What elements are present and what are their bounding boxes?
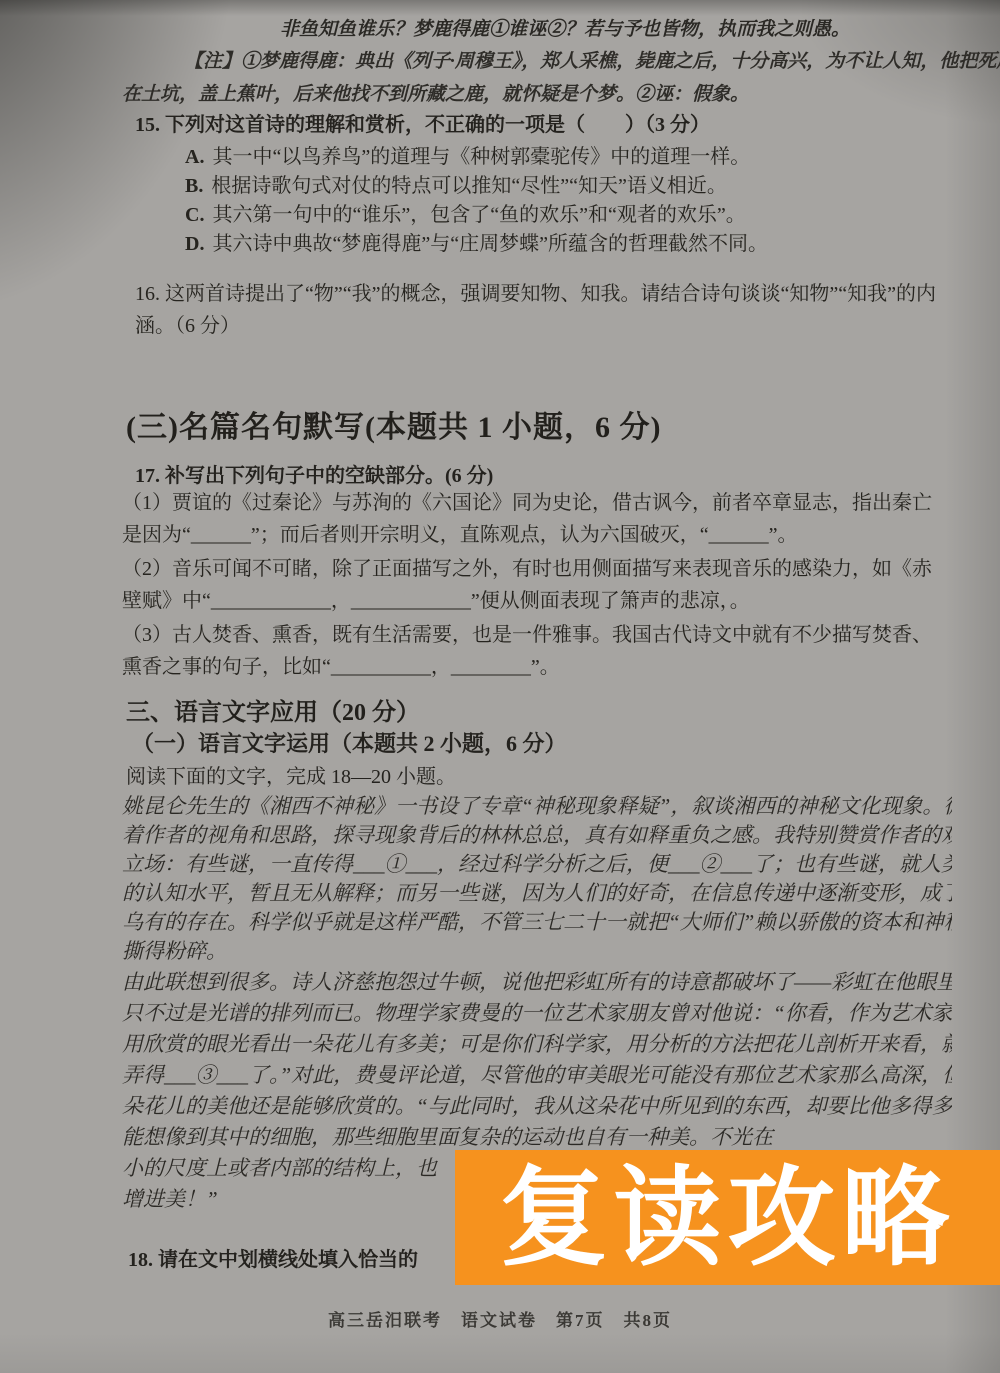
option-label: A. — [185, 146, 204, 168]
poem-line: 非鱼知鱼谁乐？梦鹿得鹿①谁诬②？若与予也皆物，执而我之则愚。 — [280, 14, 850, 41]
reading-intro: 阅读下面的文字，完成 18—20 小题。 — [126, 760, 456, 789]
question-15-stem: 15. 下列对这首诗的理解和赏析，不正确的一项是（ ）（3 分） — [135, 108, 710, 137]
ad-banner-text: 复读攻略 — [499, 1164, 955, 1272]
question-17-item: （3）古人焚香、熏香，既有生活需要，也是一件雅事。我国古代诗文中就有不少描写焚香… — [122, 619, 940, 683]
ad-banner: 复读攻略 — [455, 1150, 1000, 1285]
option-text: 其一中“以鸟养鸟”的道理与《种树郭橐驼传》中的道理一样。 — [212, 146, 750, 168]
passage-line: 由此联想到很多。诗人济慈抱怨过牛顿，说他把彩虹所有的诗意都破坏了——彩虹在他眼里 — [122, 966, 952, 997]
option-label: B. — [185, 175, 203, 197]
option-text: 其六第一句中的“谁乐”，包含了“鱼的欢乐”和“观者的欢乐”。 — [212, 204, 745, 226]
passage-line: 的认知水平，暂且无从解释；而另一些谜，因为人们的好奇，在信息传递中逐渐变形，成了… — [122, 877, 952, 906]
option-row: D.其六诗中典故“梦鹿得鹿”与“庄周梦蝶”所蕴含的哲理截然不同。 — [185, 227, 768, 256]
page-footer: 高三岳汨联考 语文试卷 第7页 共8页 — [0, 1306, 1000, 1331]
question-16: 16. 这两首诗提出了“物”“我”的概念，强调要知物、知我。请结合诗句谈谈“知物… — [135, 278, 943, 342]
note-line: 在土坑，盖上蕉叶，后来他找不到所藏之鹿，就怀疑是个梦。②诬：假象。 — [122, 79, 749, 106]
passage-line: 能想像到其中的细胞，那些细胞里面复杂的运动也自有一种美。不光在 — [122, 1121, 952, 1152]
question-17-item: （1）贾谊的《过秦论》与苏洵的《六国论》同为史论，借古讽今，前者卒章显志，指出秦… — [122, 487, 940, 551]
question-17-stem: 17. 补写出下列句子中的空缺部分。(6 分) — [135, 459, 493, 488]
note-line: 【注】①梦鹿得鹿：典出《列子·周穆王》，郑人采樵，毙鹿之后，十分高兴，为不让人知… — [122, 46, 1000, 73]
question-15-options: A.其一中“以鸟养鸟”的道理与《种树郭橐驼传》中的道理一样。 B.根据诗歌句式对… — [185, 140, 768, 256]
passage-line: 朵花儿的美他还是能够欣赏的。“与此同时，我从这朵花中所见到的东西，却要比他多得多… — [122, 1090, 952, 1121]
question-17-items: （1）贾谊的《过秦论》与苏洵的《六国论》同为史论，借古讽今，前者卒章显志，指出秦… — [122, 487, 940, 685]
option-label: D. — [185, 233, 204, 255]
passage-line: 着作者的视角和思路，探寻现象背后的林林总总，真有如释重负之感。我特别赞赏作者的观… — [122, 819, 952, 848]
passage-line: 乌有的存在。科学似乎就是这样严酷，不管三七二十一就把“大师们”赖以骄傲的资本和神… — [122, 906, 952, 935]
scanned-exam-page: 非鱼知鱼谁乐？梦鹿得鹿①谁诬②？若与予也皆物，执而我之则愚。 【注】①梦鹿得鹿：… — [0, 0, 1000, 1373]
question-18-partial: 18. 请在文中划横线处填入恰当的 — [128, 1243, 418, 1272]
passage-line: 撕得粉碎。 — [122, 935, 952, 964]
passage-paragraph-1: 姚昆仑先生的《湘西不神秘》一书设了专章“神秘现象释疑”，叙谈湘西的神秘文化现象。… — [122, 790, 952, 964]
question-17-item: （2）音乐可闻不可睹，除了正面描写之外，有时也用侧面描写来表现音乐的感染力，如《… — [122, 553, 940, 617]
option-label: C. — [185, 204, 204, 226]
passage-line: 立场：有些谜，一直传得___①___，经过科学分析之后，便___②___了；也有… — [122, 848, 952, 877]
option-text: 其六诗中典故“梦鹿得鹿”与“庄周梦蝶”所蕴含的哲理截然不同。 — [212, 233, 768, 255]
section-subheading-yunyong: （一）语言文字运用（本题共 2 小题，6 分） — [132, 727, 567, 758]
option-row: A.其一中“以鸟养鸟”的道理与《种树郭橐驼传》中的道理一样。 — [185, 140, 768, 169]
section-heading-mingju: (三)名篇名句默写(本题共 1 小题，6 分) — [126, 402, 661, 446]
passage-line: 用欣赏的眼光看出一朵花儿有多美；可是你们科学家，用分析的方法把花儿剖析开来看，就… — [122, 1028, 952, 1059]
section-heading-yuyan: 三、语言文字应用（20 分） — [126, 692, 420, 727]
passage-line: 弄得___③___了。”对此，费曼评论道，尽管他的审美眼光可能没有那位艺术家那么… — [122, 1059, 952, 1090]
option-row: C.其六第一句中的“谁乐”，包含了“鱼的欢乐”和“观者的欢乐”。 — [185, 198, 768, 227]
passage-line: 姚昆仑先生的《湘西不神秘》一书设了专章“神秘现象释疑”，叙谈湘西的神秘文化现象。… — [122, 790, 952, 819]
option-text: 根据诗歌句式对仗的特点可以推知“尽性”“知天”语义相近。 — [211, 175, 727, 197]
passage-line: 只不过是光谱的排列而已。物理学家费曼的一位艺术家朋友曾对他说：“你看，作为艺术家… — [122, 997, 952, 1028]
option-row: B.根据诗歌句式对仗的特点可以推知“尽性”“知天”语义相近。 — [185, 169, 768, 198]
